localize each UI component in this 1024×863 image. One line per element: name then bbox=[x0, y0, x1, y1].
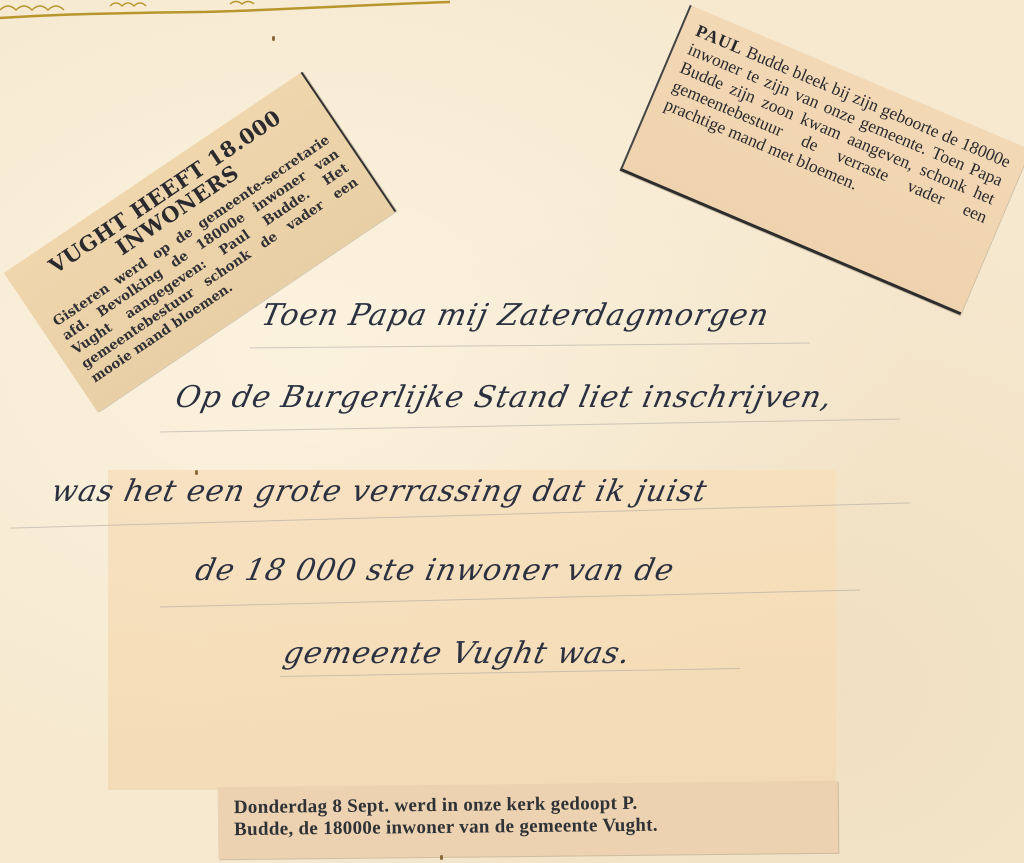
handwritten-line-2: Op de Burgerlijke Stand liet inschrijven… bbox=[172, 380, 836, 415]
gold-floral-border bbox=[0, 0, 460, 22]
paper-speck bbox=[272, 36, 275, 41]
pasted-paper-sheet bbox=[108, 470, 836, 790]
clipping-body: Donderdag 8 Sept. werd in onze kerk gedo… bbox=[234, 791, 822, 841]
handwritten-line-4: de 18 000 ste inwoner van de bbox=[192, 553, 677, 588]
handwritten-line-3: was het een grote verrassing dat ik juis… bbox=[48, 474, 710, 509]
newspaper-clipping-headline: VUGHT HEEFT 18.000 INWONERS Gisteren wer… bbox=[4, 72, 396, 413]
ruled-line bbox=[160, 419, 900, 433]
clipping-body: PAUL Budde bleek bij zijn geboorte de 18… bbox=[662, 20, 1014, 245]
paper-speck bbox=[195, 470, 198, 475]
handwritten-line-1: Toen Papa mij Zaterdagmorgen bbox=[258, 298, 772, 333]
newspaper-clipping-baptism: Donderdag 8 Sept. werd in onze kerk gedo… bbox=[218, 781, 839, 859]
clipping-text: Budde bleek bij zijn geboorte de 18000e … bbox=[662, 39, 1014, 227]
handwritten-line-5: gemeente Vught was. bbox=[280, 636, 634, 671]
scrapbook-page: VUGHT HEEFT 18.000 INWONERS Gisteren wer… bbox=[0, 0, 1024, 863]
newspaper-clipping-announcement: PAUL Budde bleek bij zijn geboorte de 18… bbox=[620, 5, 1024, 315]
paper-speck bbox=[440, 855, 443, 860]
ruled-line bbox=[250, 343, 810, 349]
